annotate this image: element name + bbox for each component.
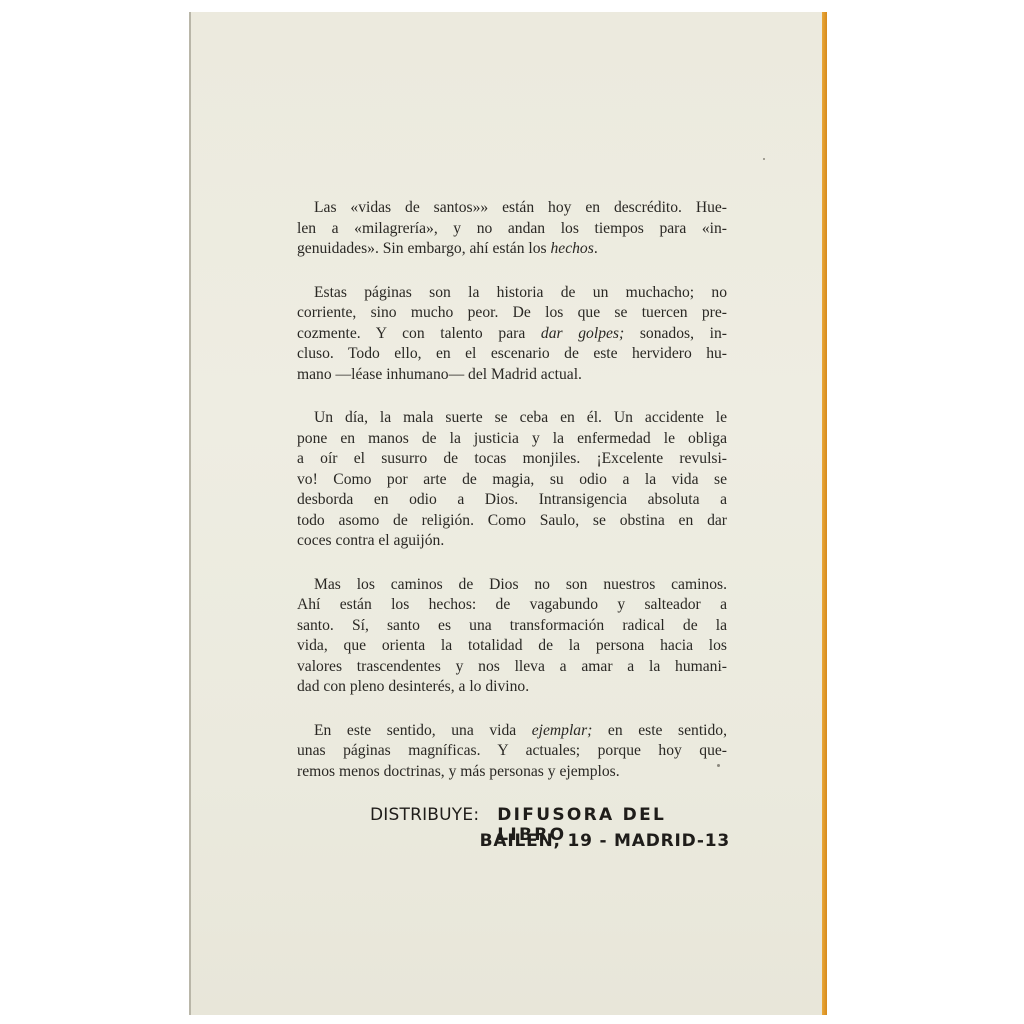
emphasis-text: dar golpes; — [541, 325, 624, 342]
blurb-line: En este sentido, una vida ejemplar; en e… — [297, 721, 727, 742]
blurb-paragraph: Un día, la mala suerte se ceba en él. Un… — [297, 408, 727, 552]
blurb-paragraph: En este sentido, una vida ejemplar; en e… — [297, 721, 727, 783]
distributor-block: DISTRIBUYE: DIFUSORA DEL LIBRO BAILEN, 1… — [370, 805, 730, 857]
blurb-line: vo! Como por arte de magia, su odio a la… — [297, 470, 727, 491]
blurb-line: a oír el susurro de tocas monjiles. ¡Exc… — [297, 449, 727, 470]
blurb-line: Ahí están los hechos: de vagabundo y sal… — [297, 595, 727, 616]
blurb-paragraph: Las «vidas de santos»» están hoy en desc… — [297, 198, 727, 260]
emphasis-text: hechos — [551, 240, 594, 257]
blurb-line: Un día, la mala suerte se ceba en él. Un… — [297, 408, 727, 429]
blurb-line: len a «milagrería», y no andan los tiemp… — [297, 219, 727, 240]
blurb-line: santo. Sí, santo es una transformación r… — [297, 616, 727, 637]
distributor-label: DISTRIBUYE: — [370, 805, 479, 825]
blurb-line: pone en manos de la justicia y la enferm… — [297, 429, 727, 450]
blurb-line: dad con pleno desinterés, a lo divino. — [297, 677, 727, 698]
blurb-line: genuidades». Sin embargo, ahí están los … — [297, 239, 727, 260]
blurb-line: cozmente. Y con talento para dar golpes;… — [297, 324, 727, 345]
distributor-row: DISTRIBUYE: DIFUSORA DEL LIBRO — [370, 805, 730, 831]
blurb-line: Estas páginas son la historia de un much… — [297, 283, 727, 304]
blurb-line: cluso. Todo ello, en el escenario de est… — [297, 344, 727, 365]
blurb-line: corriente, sino mucho peor. De los que s… — [297, 303, 727, 324]
blurb-line: todo asomo de religión. Como Saulo, se o… — [297, 511, 727, 532]
blurb-line: Mas los caminos de Dios no son nuestros … — [297, 575, 727, 596]
blurb-paragraph: Mas los caminos de Dios no son nuestros … — [297, 575, 727, 698]
blurb-line: desborda en odio a Dios. Intransigencia … — [297, 490, 727, 511]
blurb-line: vida, que orienta la totalidad de la per… — [297, 636, 727, 657]
blurb-line: mano —léase inhumano— del Madrid actual. — [297, 365, 727, 386]
blurb-paragraph: Estas páginas son la historia de un much… — [297, 283, 727, 386]
blurb-line: Las «vidas de santos»» están hoy en desc… — [297, 198, 727, 219]
blurb-line: valores trascendentes y nos lleva a amar… — [297, 657, 727, 678]
distributor-address: BAILEN, 19 - MADRID-13 — [480, 831, 730, 851]
blurb-line: coces contra el aguijón. — [297, 531, 727, 552]
paper-speck — [763, 158, 765, 160]
blurb-text: Las «vidas de santos»» están hoy en desc… — [297, 198, 727, 805]
blurb-line: remos menos doctrinas, y más personas y … — [297, 762, 727, 783]
book-spine-edge — [822, 12, 827, 1015]
blurb-line: unas páginas magníficas. Y actuales; por… — [297, 741, 727, 762]
distributor-address-row: BAILEN, 19 - MADRID-13 — [370, 831, 730, 857]
emphasis-text: ejemplar; — [532, 722, 593, 739]
